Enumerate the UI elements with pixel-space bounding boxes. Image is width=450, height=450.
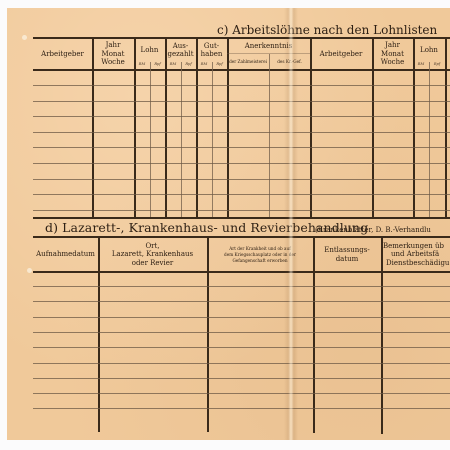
header-jahr-monat-woche: Jahr Monat Woche <box>92 39 134 69</box>
col-divider <box>381 238 383 434</box>
header-bemerkungen: Bemerkungen üb und Arbeitsfä Dienstbesch… <box>381 238 450 271</box>
col-divider <box>92 39 94 218</box>
col-divider <box>165 39 167 218</box>
col-divider <box>227 39 229 218</box>
col-divider <box>98 238 100 432</box>
table-row-line <box>33 132 450 133</box>
header-aufnahmedatum: Aufnahmedatum <box>33 238 98 271</box>
section-d-subtitle: (Krankenblätter, D. B.-Verhandlu <box>315 226 431 234</box>
header-arbeitgeber: Arbeitgeber <box>33 39 92 69</box>
table-row-line <box>33 332 450 333</box>
header-guthaben: Gut- haben <box>196 39 227 61</box>
unit-rpf: Rpf <box>181 62 196 66</box>
col-divider <box>313 238 315 433</box>
table-row-line <box>33 393 450 394</box>
header-entlassungsdatum: Entlassungs- datum <box>313 238 381 271</box>
col-divider <box>134 39 136 218</box>
table-row-line <box>33 179 450 180</box>
section-d-header-rule <box>33 271 450 273</box>
table-row-line <box>33 347 450 348</box>
header-ort: Ort, Lazarett, Krankenhaus oder Revier <box>98 238 207 271</box>
col-divider <box>372 39 374 218</box>
header-jahr-monat-woche-2: Jahr Monat Woche <box>372 39 413 69</box>
unit-rm: RM <box>165 62 181 66</box>
header-lohn: Lohn <box>134 39 165 61</box>
unit-rpf: Rpf <box>150 62 165 66</box>
table-row-line <box>33 317 450 318</box>
col-divider <box>207 238 209 432</box>
header-woche: Woche <box>101 58 125 67</box>
table-row-line <box>33 210 450 211</box>
unit-rpf: Rpf <box>212 62 227 66</box>
table-row-line <box>33 408 450 409</box>
header-ausgezahlt: Aus- gezahlt <box>165 39 196 61</box>
table-row-line <box>33 286 450 287</box>
table-row-line <box>33 163 450 164</box>
unit-rm: RM <box>413 62 429 66</box>
paper-fold-crease <box>284 8 298 440</box>
col-divider <box>445 39 447 218</box>
unit-rpf: Rpf <box>429 62 445 66</box>
section-c-bottom-rule <box>33 217 450 219</box>
section-c-header-rule <box>33 69 450 71</box>
table-row-line <box>33 194 450 195</box>
table-row-line <box>33 101 450 102</box>
header-arbeitgeber-2: Arbeitgeber <box>310 39 372 69</box>
col-divider <box>413 39 415 218</box>
col-divider <box>310 39 312 218</box>
table-row-line <box>33 301 450 302</box>
section-c-title: c) Arbeitslöhne nach den Lohnlisten <box>217 23 437 37</box>
header-jahr: Jahr <box>106 41 121 50</box>
unit-rm: RM <box>134 62 150 66</box>
header-lohn-2: Lohn <box>413 39 445 61</box>
punch-mark <box>22 35 27 40</box>
form-sheet: c) Arbeitslöhne nach den Lohnlisten Arbe… <box>7 8 450 440</box>
table-row-line <box>33 116 450 117</box>
table-row-line <box>33 85 450 86</box>
header-zahlmeisterei: der Zahlmeisterei <box>227 54 269 69</box>
table-row-line <box>33 378 450 379</box>
table-row-line <box>33 363 450 364</box>
table-row-line <box>33 147 450 148</box>
punch-mark <box>27 268 32 273</box>
col-divider <box>196 39 198 218</box>
header-monat: Monat <box>102 50 125 59</box>
unit-rm: RM <box>196 62 212 66</box>
